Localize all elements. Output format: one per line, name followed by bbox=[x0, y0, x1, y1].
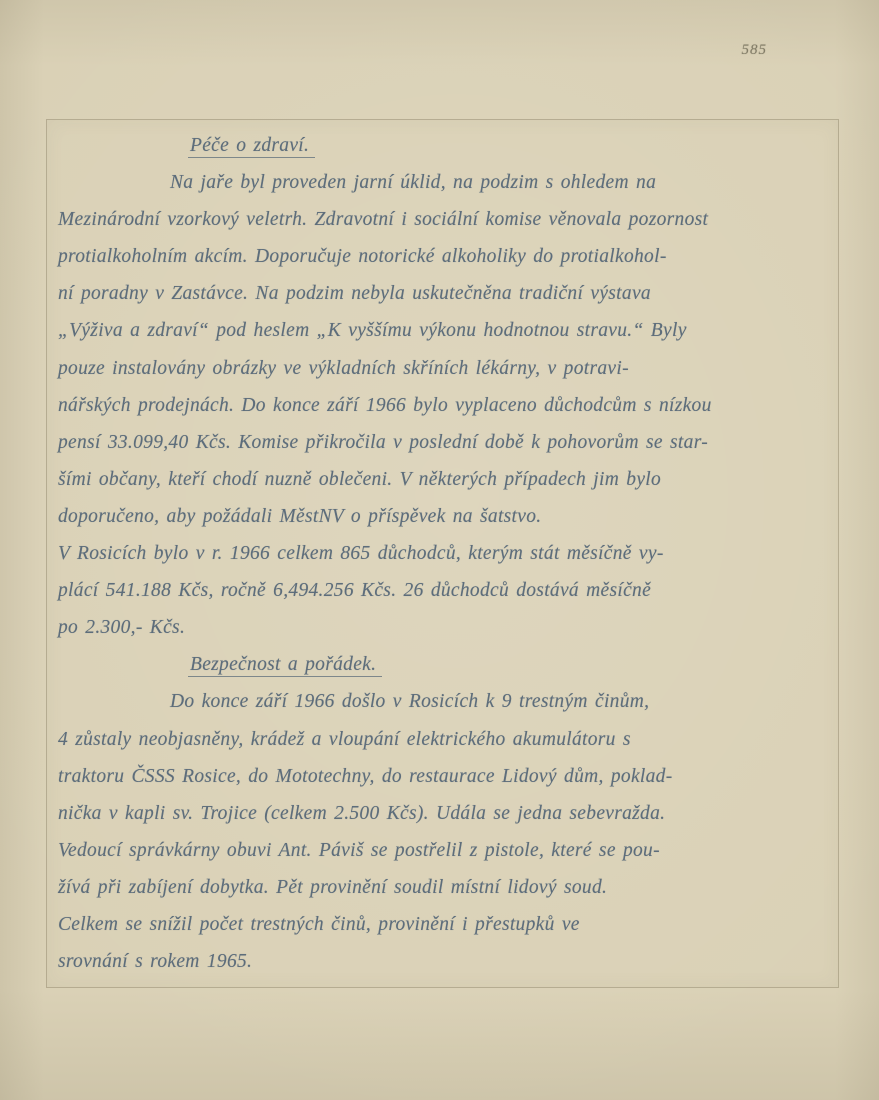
text-line: ní poradny v Zastávce. Na podzim nebyla … bbox=[58, 275, 830, 312]
text-line: šími občany, kteří chodí nuzně oblečeni.… bbox=[58, 461, 830, 498]
text-line: Do konce září 1966 došlo v Rosicích k 9 … bbox=[58, 683, 830, 720]
page-number: 585 bbox=[742, 42, 768, 59]
text-line: žívá při zabíjení dobytka. Pět provinění… bbox=[58, 869, 830, 906]
text-line: pouze instalovány obrázky ve výkladních … bbox=[58, 350, 830, 387]
text-line: traktoru ČSSS Rosice, do Mototechny, do … bbox=[58, 758, 830, 795]
text-line: Vedoucí správkárny obuvi Ant. Páviš se p… bbox=[58, 832, 830, 869]
scanned-chronicle-page: 585 Péče o zdraví.Na jaře byl proveden j… bbox=[0, 0, 879, 1100]
text-line: V Rosicích bylo v r. 1966 celkem 865 důc… bbox=[58, 535, 830, 572]
text-line: 4 zůstaly neobjasněny, krádež a vloupání… bbox=[58, 721, 830, 758]
text-line: doporučeno, aby požádali MěstNV o příspě… bbox=[58, 498, 830, 535]
section-heading-text: Bezpečnost a pořádek. bbox=[188, 654, 382, 677]
text-line: Na jaře byl proveden jarní úklid, na pod… bbox=[58, 164, 830, 201]
text-line: nička v kapli sv. Trojice (celkem 2.500 … bbox=[58, 795, 830, 832]
text-line: plácí 541.188 Kčs, ročně 6,494.256 Kčs. … bbox=[58, 572, 830, 609]
text-line: pensí 33.099,40 Kčs. Komise přikročila v… bbox=[58, 424, 830, 461]
section-heading-text: Péče o zdraví. bbox=[188, 135, 315, 158]
section-heading: Péče o zdraví. bbox=[188, 127, 830, 164]
text-line: Celkem se snížil počet trestných činů, p… bbox=[58, 906, 830, 943]
text-line: nářských prodejnách. Do konce září 1966 … bbox=[58, 387, 830, 424]
text-line: protialkoholním akcím. Doporučuje notori… bbox=[58, 238, 830, 275]
text-line: „Výživa a zdraví“ pod heslem „K vyššímu … bbox=[58, 312, 830, 349]
handwritten-content: Péče o zdraví.Na jaře byl proveden jarní… bbox=[58, 127, 830, 980]
text-line: srovnání s rokem 1965. bbox=[58, 943, 830, 980]
text-line: po 2.300,- Kčs. bbox=[58, 609, 830, 646]
text-line: Mezinárodní vzorkový veletrh. Zdravotní … bbox=[58, 201, 830, 238]
section-heading: Bezpečnost a pořádek. bbox=[188, 646, 830, 683]
